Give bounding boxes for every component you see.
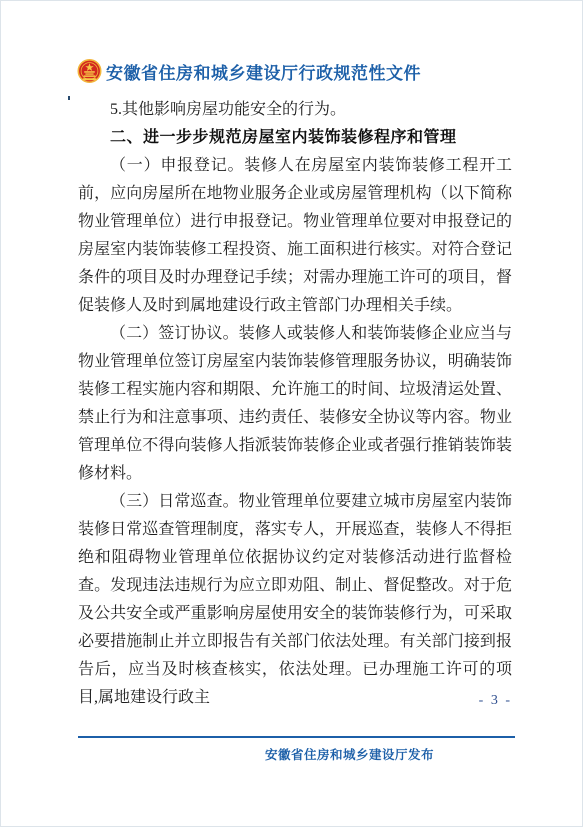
publisher-label: 安徽省住房和城乡建设厅发布 bbox=[78, 745, 434, 763]
national-emblem-icon bbox=[77, 58, 102, 85]
header-title: 安徽省住房和城乡建设厅行政规范性文件 bbox=[106, 59, 421, 84]
section-heading: 二、进一步步规范房屋室内装饰装修程序和管理 bbox=[78, 124, 512, 152]
paragraph-registration: （一）申报登记。装修人在房屋室内装饰装修工程开工前，应向房屋所在地物业服务企业或… bbox=[78, 152, 512, 320]
paragraph-agreement: （二）签订协议。装修人或装修人和装饰装修企业应当与物业管理单位签订房屋室内装饰装… bbox=[78, 320, 512, 488]
page-number: - 3 - bbox=[78, 693, 512, 709]
document-page: 安徽省住房和城乡建设厅行政规范性文件 5.其他影响房屋功能安全的行为。 二、进一… bbox=[0, 0, 583, 827]
footer-divider bbox=[78, 736, 515, 738]
list-item-5: 5.其他影响房屋功能安全的行为。 bbox=[78, 96, 512, 124]
stray-mark bbox=[68, 96, 70, 100]
document-body: 5.其他影响房屋功能安全的行为。 二、进一步步规范房屋室内装饰装修程序和管理 （… bbox=[78, 96, 512, 712]
document-header: 安徽省住房和城乡建设厅行政规范性文件 bbox=[77, 58, 421, 85]
paragraph-daily-inspection: （三）日常巡查。物业管理单位要建立城市房屋室内装饰装修日常巡查管理制度，落实专人… bbox=[78, 488, 512, 712]
